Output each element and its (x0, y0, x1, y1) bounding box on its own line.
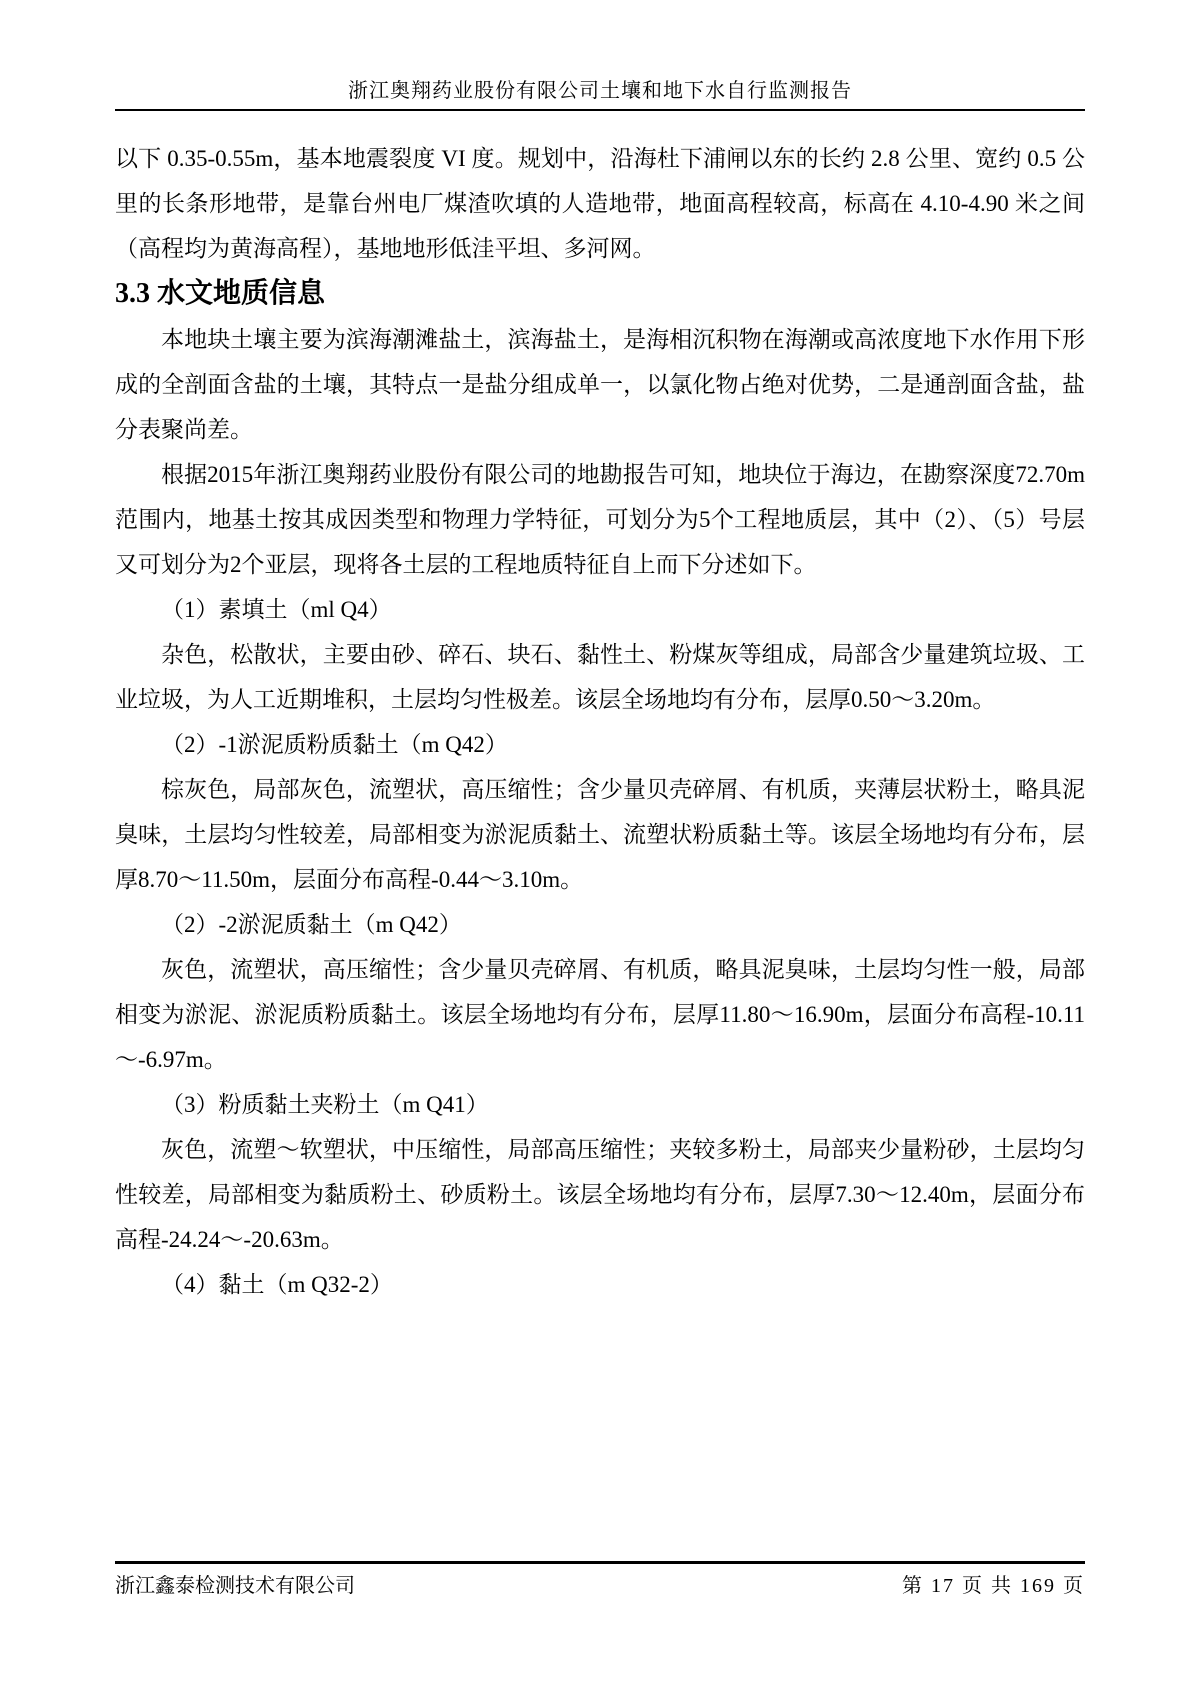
layer-3-title: （3）粉质黏土夹粉土（m Q41） (115, 1082, 1085, 1127)
header-rule (115, 109, 1085, 111)
document-page: 浙江奥翔药业股份有限公司土壤和地下水自行监测报告 以下 0.35-0.55m，基… (0, 0, 1199, 1696)
layer-4-title: （4）黏土（m Q32-2） (115, 1262, 1085, 1307)
footer-page-number: 第 17 页 共 169 页 (902, 1573, 1085, 1599)
paragraph-continuation-seismic: 以下 0.35-0.55m，基本地震裂度 VI 度。规划中，沿海杜下浦闸以东的长… (115, 136, 1085, 271)
layer-2-1-title: （2）-1淤泥质粉质黏土（m Q42） (115, 722, 1085, 767)
paragraph-survey-report: 根据2015年浙江奥翔药业股份有限公司的地勘报告可知，地块位于海边，在勘察深度7… (115, 452, 1085, 587)
page-body: 以下 0.35-0.55m，基本地震裂度 VI 度。规划中，沿海杜下浦闸以东的长… (115, 136, 1085, 1307)
section-heading-hydrogeology: 3.3 水文地质信息 (115, 271, 1085, 317)
page-header: 浙江奥翔药业股份有限公司土壤和地下水自行监测报告 (115, 78, 1085, 119)
footer-rule (115, 1561, 1085, 1564)
layer-2-2-title: （2）-2淤泥质黏土（m Q42） (115, 902, 1085, 947)
paragraph-soil-overview: 本地块土壤主要为滨海潮滩盐土，滨海盐土，是海相沉积物在海潮或高浓度地下水作用下形… (115, 317, 1085, 452)
layer-2-1-description: 棕灰色，局部灰色，流塑状，高压缩性；含少量贝壳碎屑、有机质，夹薄层状粉土，略具泥… (115, 767, 1085, 902)
footer-company-name: 浙江鑫泰检测技术有限公司 (115, 1573, 355, 1599)
footer-row: 浙江鑫泰检测技术有限公司 第 17 页 共 169 页 (115, 1573, 1085, 1599)
layer-1-title: （1）素填土（ml Q4） (115, 587, 1085, 632)
layer-2-2-description: 灰色，流塑状，高压缩性；含少量贝壳碎屑、有机质，略具泥臭味，土层均匀性一般，局部… (115, 947, 1085, 1082)
page-footer: 浙江鑫泰检测技术有限公司 第 17 页 共 169 页 (115, 1561, 1085, 1599)
header-title: 浙江奥翔药业股份有限公司土壤和地下水自行监测报告 (115, 78, 1085, 104)
layer-3-description: 灰色，流塑～软塑状，中压缩性，局部高压缩性；夹较多粉土，局部夹少量粉砂，土层均匀… (115, 1127, 1085, 1262)
layer-1-description: 杂色，松散状，主要由砂、碎石、块石、黏性土、粉煤灰等组成，局部含少量建筑垃圾、工… (115, 632, 1085, 722)
